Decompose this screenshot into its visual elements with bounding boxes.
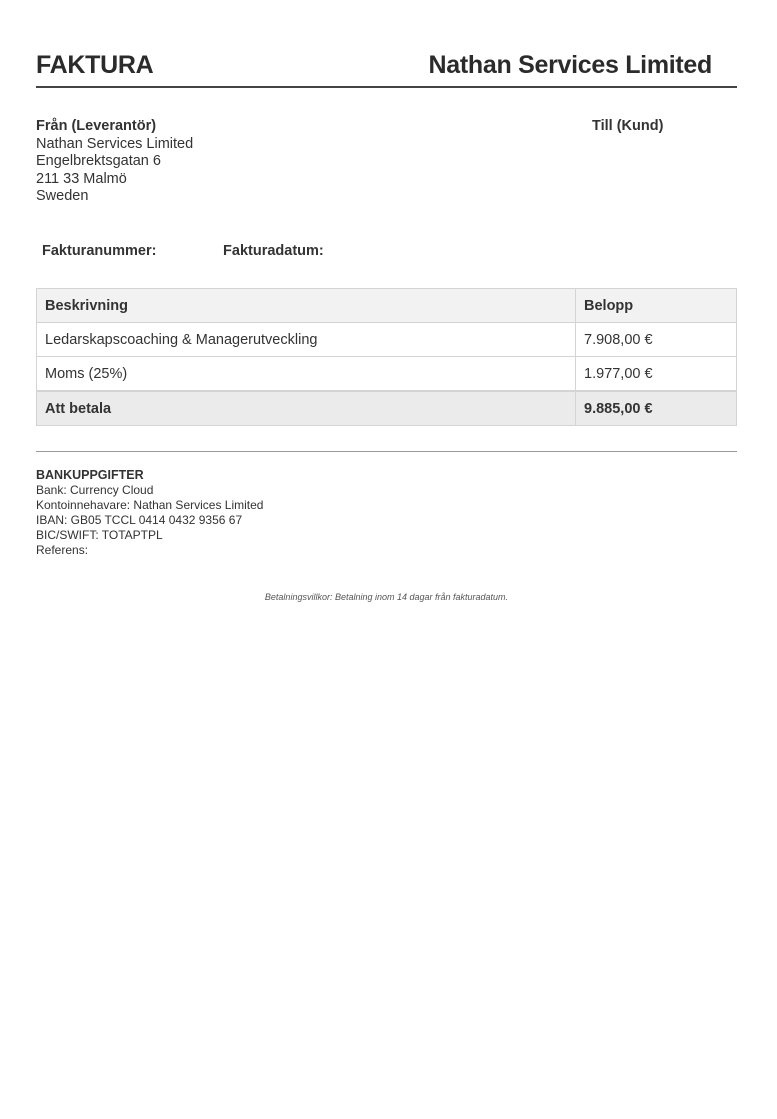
bank-details: BANKUPPGIFTER Bank: Currency Cloud Konto… [36,468,263,558]
bic-swift: BIC/SWIFT: TOTAPTPL [36,528,263,543]
table-row: Moms (25%) 1.977,00 € [37,357,737,392]
invoice-meta: Fakturanummer: Fakturadatum: [42,243,328,259]
supplier-postal-city: 211 33 Malmö [36,171,193,189]
iban: IBAN: GB05 TCCL 0414 0432 9356 67 [36,513,263,528]
payment-reference: Referens: [36,543,263,558]
payment-terms: Betalningsvillkor: Betalning inom 14 dag… [36,592,737,602]
supplier-country: Sweden [36,188,193,206]
row-description: Moms (25%) [37,357,576,392]
column-header-description: Beskrivning [37,289,576,323]
invoice-header: FAKTURA Nathan Services Limited [36,48,737,88]
table-row: Ledarskapscoaching & Managerutveckling 7… [37,323,737,357]
customer-heading: Till (Kund) [592,118,663,136]
invoice-number-field: Fakturanummer: [42,243,219,259]
total-row: Att betala 9.885,00 € [37,391,737,426]
invoice-date-field: Fakturadatum: [223,243,328,259]
document-title: FAKTURA [36,51,153,80]
account-holder: Kontoinnehavare: Nathan Services Limited [36,498,263,513]
line-items-table: Beskrivning Belopp Ledarskapscoaching & … [36,288,737,426]
column-header-amount: Belopp [576,289,737,323]
supplier-street: Engelbrektsgatan 6 [36,153,193,171]
supplier-heading: Från (Leverantör) [36,118,193,136]
invoice-date-label: Fakturadatum: [223,243,324,259]
invoice-number-label: Fakturanummer: [42,243,156,259]
supplier-block: Från (Leverantör) Nathan Services Limite… [36,118,193,206]
table-header-row: Beskrivning Belopp [37,289,737,323]
bank-name: Bank: Currency Cloud [36,483,263,498]
supplier-name: Nathan Services Limited [36,136,193,154]
section-divider [36,451,737,452]
row-amount: 7.908,00 € [576,323,737,357]
total-label: Att betala [37,391,576,426]
customer-block: Till (Kund) [592,118,663,136]
total-amount: 9.885,00 € [576,391,737,426]
company-name-heading: Nathan Services Limited [429,51,712,80]
bank-details-heading: BANKUPPGIFTER [36,468,263,483]
row-amount: 1.977,00 € [576,357,737,392]
row-description: Ledarskapscoaching & Managerutveckling [37,323,576,357]
